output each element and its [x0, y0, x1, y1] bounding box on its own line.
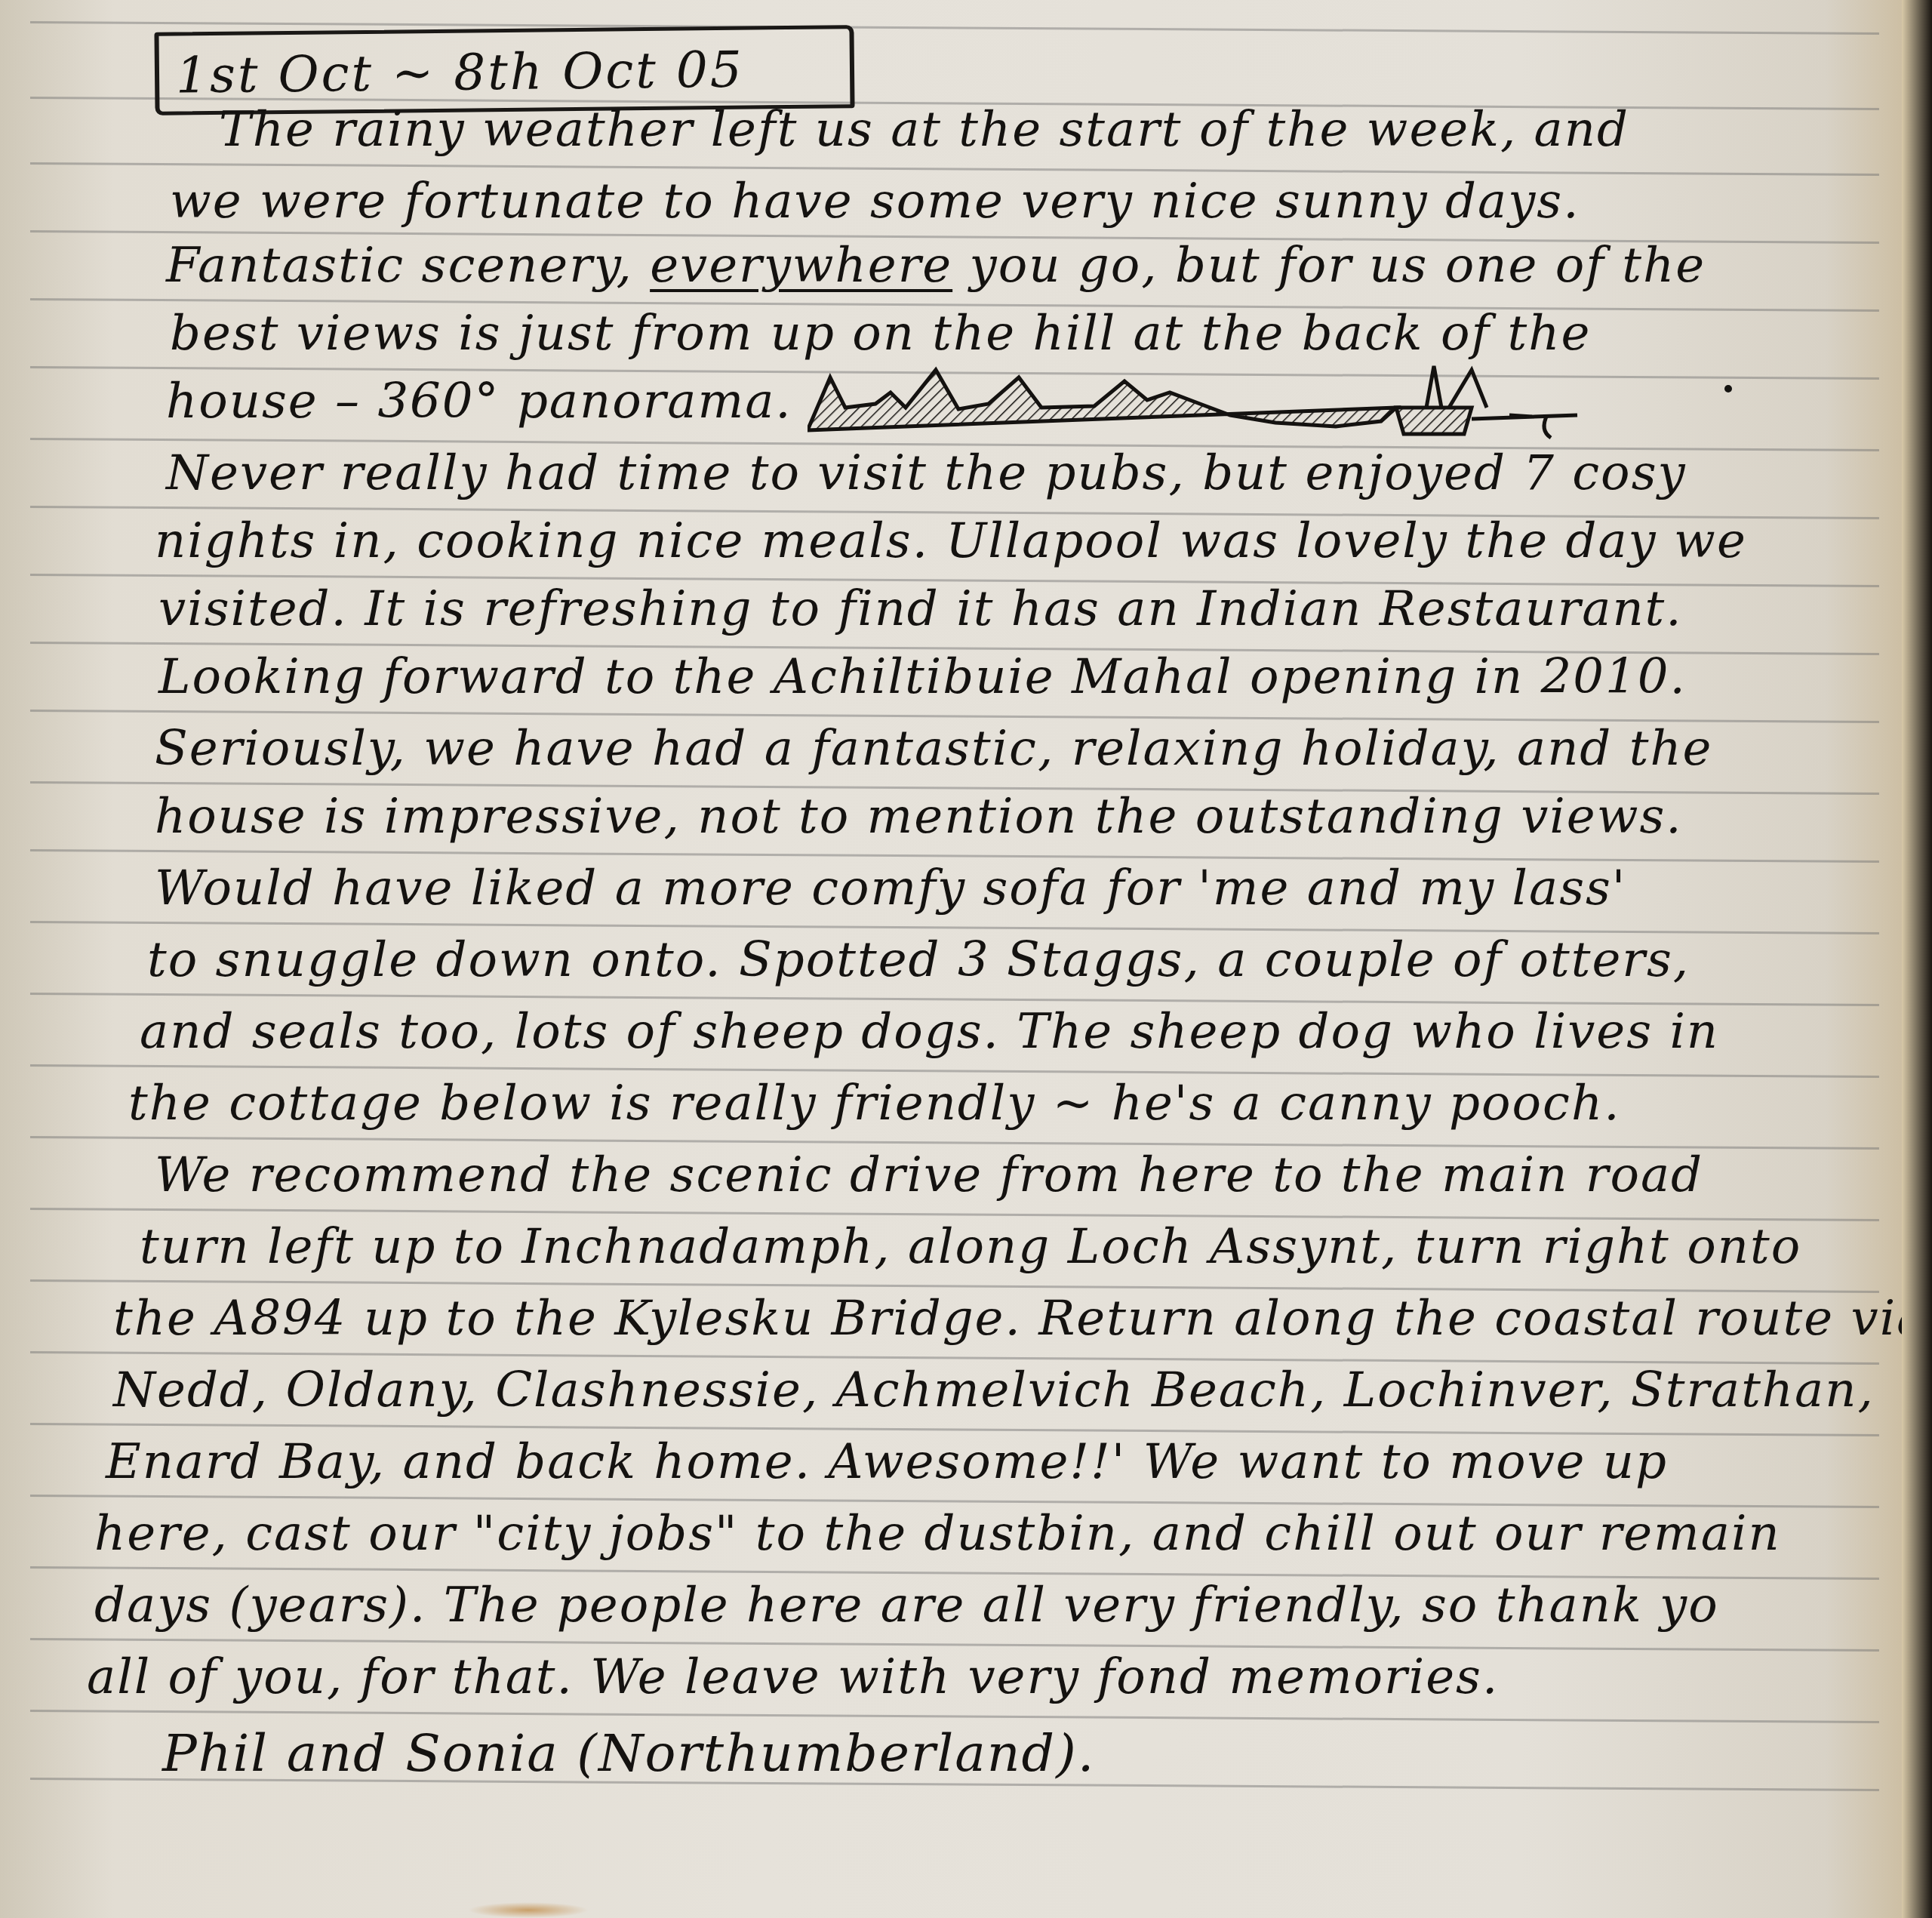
panorama-sketch-icon: [808, 362, 1751, 445]
signature: Phil and Sonia (Northumberland).: [162, 1729, 1095, 1780]
text-line: The rainy weather left us at the start o…: [219, 106, 1629, 154]
text-line: turn left up to Inchnadamph, along Loch …: [140, 1223, 1801, 1271]
text-line: all of you, for that. We leave with very…: [87, 1653, 1499, 1701]
text-line: to snuggle down onto. Spotted 3 Staggs, …: [147, 936, 1690, 984]
date-heading: 1st Oct ~ 8th Oct 05: [176, 41, 745, 105]
notebook-page: 1st Oct ~ 8th Oct 05 The rainy weather l…: [0, 0, 1902, 1918]
text-line: here, cast our "city jobs" to the dustbi…: [94, 1510, 1781, 1558]
text-line: the A894 up to the Kylesku Bridge. Retur…: [113, 1295, 1927, 1343]
text-line: the cottage below is really friendly ~ h…: [128, 1079, 1621, 1128]
page-edge: [1902, 0, 1932, 1918]
text-line: Nedd, Oldany, Clashnessie, Achmelvich Be…: [113, 1366, 1875, 1415]
text-line: Enard Bay, and back home. Awesome!!' We …: [106, 1438, 1668, 1486]
text-line: We recommend the scenic drive from here …: [155, 1151, 1703, 1199]
text-line: Would have liked a more comfy sofa for '…: [155, 864, 1626, 913]
text-line: visited. It is refreshing to find it has…: [158, 585, 1683, 633]
text-line: house is impressive, not to mention the …: [155, 793, 1683, 841]
text-line: Never really had time to visit the pubs,…: [166, 449, 1687, 497]
text-line: days (years). The people here are all ve…: [94, 1581, 1719, 1630]
text-line: and seals too, lots of sheep dogs. The s…: [140, 1008, 1719, 1056]
text-line: we were fortunate to have some very nice…: [170, 177, 1580, 226]
text-line: Seriously, we have had a fantastic, rela…: [155, 725, 1712, 773]
text-fragment: Fantastic scenery,: [166, 238, 650, 294]
text-line: nights in, cooking nice meals. Ullapool …: [155, 517, 1747, 565]
text-line: Fantastic scenery, everywhere you go, bu…: [166, 242, 1706, 290]
ruled-line: [30, 1710, 1879, 1723]
text-line: house – 360° panorama.: [166, 377, 792, 426]
paper-stain: [468, 1902, 589, 1918]
text-line: Looking forward to the Achiltibuie Mahal…: [158, 653, 1687, 701]
text-fragment: you go, but for us one of the: [952, 238, 1706, 294]
underlined-word: everywhere: [650, 238, 952, 294]
text-line: best views is just from up on the hill a…: [170, 309, 1591, 358]
